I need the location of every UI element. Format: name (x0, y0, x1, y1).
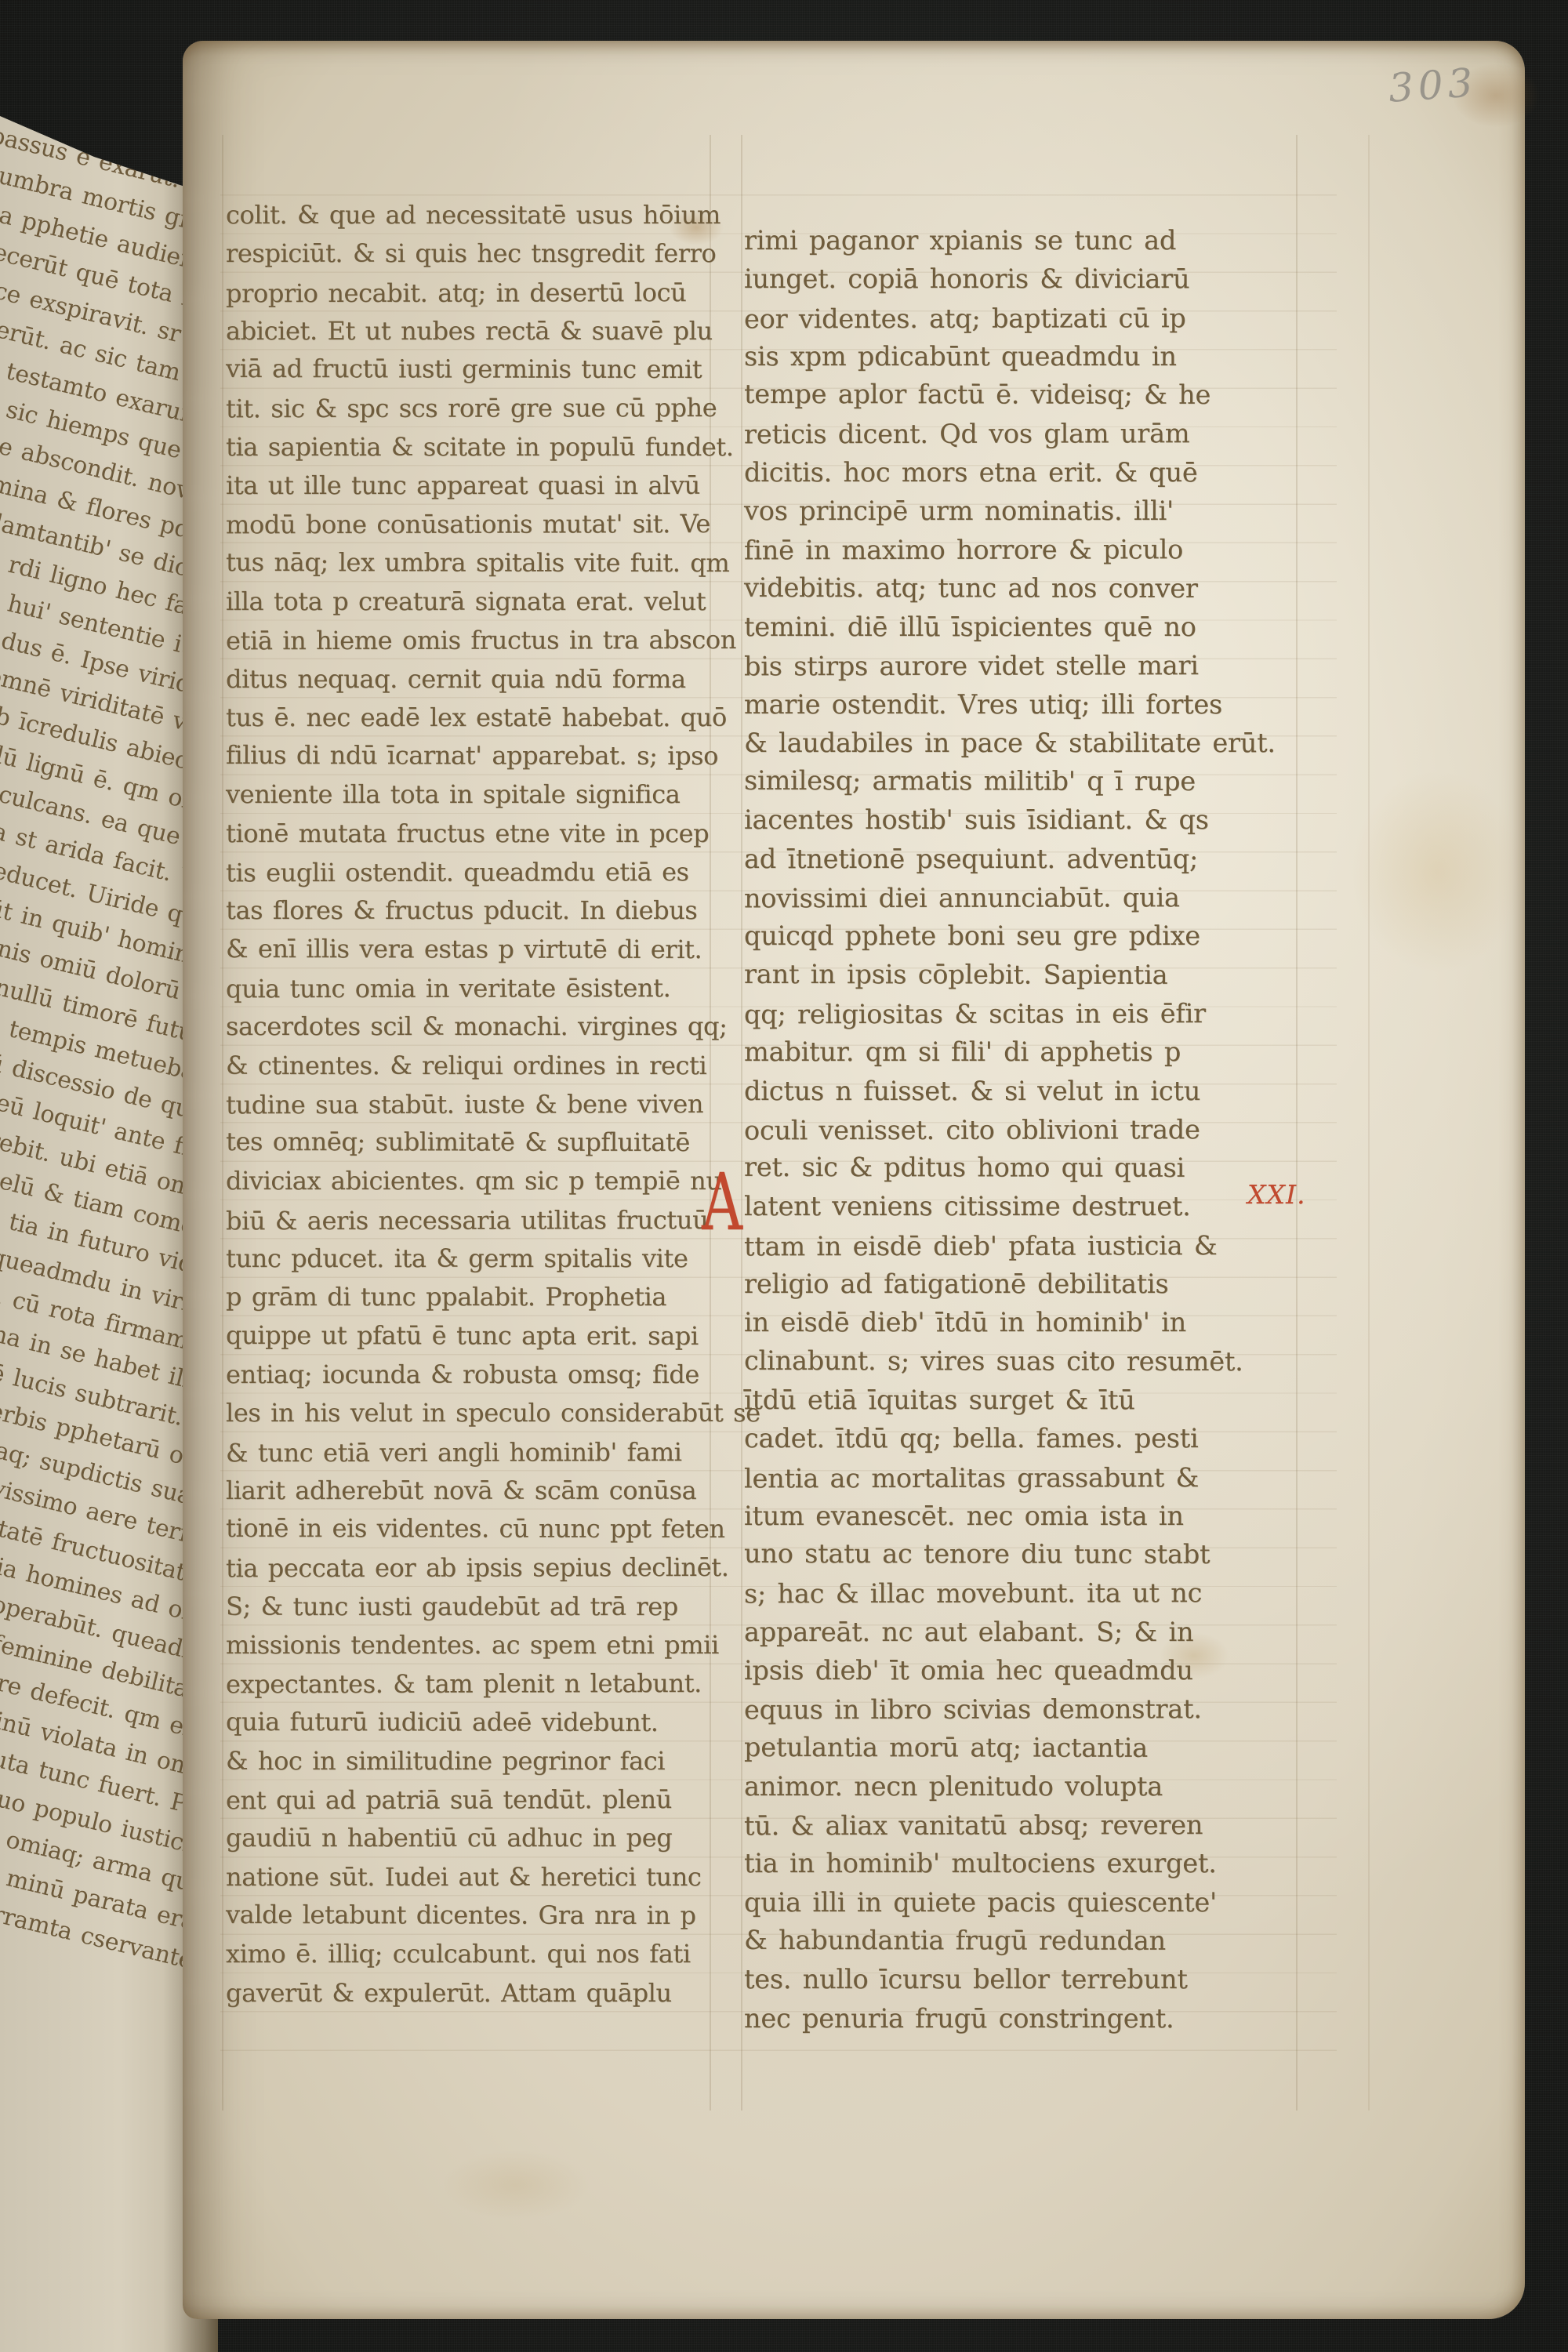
manuscript-line: iacentes hostib' suis īsidiant. & qs (744, 800, 1298, 839)
manuscript-line: & hoc in similitudine pegrinor faci (226, 1742, 728, 1780)
parchment-stain (441, 2150, 590, 2220)
manuscript-line: finē in maximo horrore & piculo (744, 530, 1298, 570)
manuscript-line: ximo ē. illiq; cculcabunt. qui nos fati (226, 1935, 728, 1973)
manuscript-line: religio ad fatigationē debilitatis (744, 1265, 1298, 1303)
manuscript-line: filius di ndū īcarnat' apparebat. s; ips… (226, 736, 728, 775)
manuscript-line: ipsis dieb' īt omia hec queadmdu (744, 1651, 1298, 1690)
manuscript-line: entiaq; iocunda & robusta omsq; fide (226, 1356, 728, 1394)
manuscript-line: veniente illa tota in spitale significa (226, 775, 728, 814)
manuscript-line: lentia ac mortalitas grassabunt & (744, 1457, 1298, 1497)
manuscript-line: tus ē. nec eadē lex estatē habebat. quō (226, 699, 728, 737)
manuscript-page: 303 colit. & que ad necessitatē usus hōi… (183, 41, 1525, 2319)
manuscript-line: rant in ipsis cōplebit. Sapientia (744, 955, 1298, 995)
manuscript-line: tionē in eis videntes. cū nunc ppt feten (226, 1509, 728, 1548)
manuscript-line: oculi venisset. cito oblivioni trade (744, 1110, 1298, 1150)
manuscript-line: tia peccata eor ab ipsis sepius declinēt… (226, 1548, 728, 1588)
manuscript-line: tunc pducet. ita & germ spitalis vite (226, 1240, 728, 1278)
manuscript-line: tas flores & fructus pducit. In diebus (226, 891, 728, 930)
manuscript-line: ad ītnetionē psequiunt. adventūq; (744, 840, 1298, 878)
manuscript-line: & habundantia frugū redundan (744, 1921, 1298, 1961)
manuscript-line: & ctinentes. & reliqui ordines in recti (226, 1047, 728, 1085)
manuscript-line: tes. nullo īcursu bellor terrebunt (744, 1960, 1298, 1998)
manuscript-line: biū & aeris necessaria utilitas fructuū (226, 1201, 728, 1241)
manuscript-line: tudine sua stabūt. iuste & bene viven (226, 1085, 728, 1125)
rubric-initial-letter: A (702, 1163, 742, 1242)
manuscript-line: tempe aplor factū ē. videisq; & he (744, 375, 1298, 415)
manuscript-line: & tunc etiā veri angli hominib' fami (226, 1432, 728, 1472)
manuscript-line: tia sapientia & scitate in populū fundet… (226, 428, 728, 466)
manuscript-line: bis stirps aurore videt stelle mari (744, 646, 1298, 686)
manuscript-line: quicqd pphete boni seu gre pdixe (744, 916, 1298, 955)
manuscript-line: dicitis. hoc mors etna erit. & quē (744, 453, 1298, 492)
manuscript-line: les in his velut in speculo considerabūt… (226, 1394, 728, 1432)
manuscript-line: quippe ut pfatū ē tunc apta erit. sapi (226, 1316, 728, 1356)
manuscript-line: illa tota p creaturā signata erat. velut (226, 583, 728, 621)
manuscript-line: ttam in eisdē dieb' pfata iusticia & (744, 1226, 1298, 1266)
manuscript-line: iunget. copiā honoris & diviciarū (744, 260, 1298, 298)
chapter-number-rubric: XXI. (1247, 1179, 1306, 1210)
manuscript-line: tionē mutata fructus etne vite in pcep (226, 815, 728, 853)
vertical-ruling (1368, 135, 1370, 2111)
manuscript-line: gaverūt & expulerūt. Attam quāplu (226, 1974, 728, 2013)
manuscript-line: sis xpm pdicabūnt queadmdu in (744, 337, 1298, 376)
manuscript-line: clinabunt. s; vires suas cito resumēt. (744, 1341, 1298, 1381)
manuscript-line: similesq; armatis militib' q ī rupe (744, 761, 1298, 801)
vertical-ruling (222, 135, 223, 2111)
manuscript-line: abiciet. Et ut nubes rectā & suavē plu (226, 312, 728, 350)
manuscript-line: novissimi diei annunciabūt. quia (744, 878, 1298, 918)
manuscript-line: petulantia morū atq; iactantia (744, 1727, 1298, 1767)
manuscript-line: ita ut ille tunc appareat quasi in alvū (226, 466, 728, 505)
manuscript-line: & enī illis vera estas p virtutē di erit… (226, 930, 728, 969)
manuscript-line: tis euglii ostendit. queadmdu etiā es (226, 853, 728, 893)
manuscript-line: missionis tendentes. ac spem etni pmii (226, 1626, 728, 1664)
manuscript-line: reticis dicent. Qd vos glam urām (744, 414, 1298, 454)
manuscript-line: tit. sic & spc scs rorē gre sue cū pphe (226, 389, 728, 429)
manuscript-line: vos principē urm nominatis. illi' (744, 492, 1298, 530)
manuscript-line: expectantes. & tam plenit n letabunt. (226, 1664, 728, 1704)
folio-number: 303 (1387, 60, 1479, 111)
manuscript-line: in eisdē dieb' ītdū in hominib' in (744, 1303, 1298, 1341)
parchment-stain (1351, 770, 1523, 974)
manuscript-line: ret. sic & pditus homo qui quasi (744, 1148, 1298, 1188)
manuscript-line: colit. & que ad necessitatē usus hōium (226, 196, 728, 234)
manuscript-line: tus nāq; lex umbra spitalis vite fuit. q… (226, 543, 728, 583)
manuscript-line: uno statu ac tenore diu tunc stabt (744, 1534, 1298, 1574)
manuscript-line: quia futurū iudiciū adeē videbunt. (226, 1703, 728, 1742)
manuscript-line: ītdū etiā īquitas surget & ītū (744, 1381, 1298, 1419)
manuscript-line: quia tunc omia in veritate ēsistent. (226, 969, 728, 1009)
manuscript-line: natione sūt. Iudei aut & heretici tunc (226, 1858, 728, 1896)
manuscript-line: tū. & aliax vanitatū absq; reveren (744, 1806, 1298, 1846)
manuscript-line: videbitis. atq; tunc ad nos conver (744, 568, 1298, 608)
manuscript-line: gaudiū n habentiū cū adhuc in peg (226, 1819, 728, 1857)
manuscript-line: & laudabiles in pace & stabilitate erūt. (744, 724, 1298, 762)
manuscript-line: liarit adherebūt novā & scām conūsa (226, 1472, 728, 1510)
manuscript-line: valde letabunt dicentes. Gra nra in p (226, 1896, 728, 1935)
manuscript-line: quia illi in quiete pacis quiescente' (744, 1883, 1298, 1922)
manuscript-line: dictus n fuisset. & si velut in ictu (744, 1072, 1298, 1110)
manuscript-line: cadet. ītdū qq; bella. fames. pesti (744, 1419, 1298, 1457)
manuscript-line: temini. diē illū īspicientes quē no (744, 608, 1298, 646)
text-column-right: rimi paganor xpianis se tunc adiunget. c… (744, 221, 1298, 2038)
manuscript-line: sacerdotes scil & monachi. virgines qq; (226, 1007, 728, 1046)
manuscript-line: qq; religiositas & scitas in eis ēfir (744, 994, 1298, 1034)
manuscript-line: nec penuria frugū constringent. (744, 1999, 1298, 2038)
text-column-left: colit. & que ad necessitatē usus hōiumre… (226, 196, 728, 2013)
vertical-ruling (741, 135, 742, 2111)
manuscript-line: equus in libro scivias demonstrat. (744, 1690, 1298, 1730)
manuscript-line: mabitur. qm si fili' di apphetis p (744, 1033, 1298, 1071)
manuscript-line: tia in hominib' multociens exurget. (744, 1844, 1298, 1882)
manuscript-line: p grām di tunc ppalabit. Prophetia (226, 1278, 728, 1316)
manuscript-line: viā ad fructū iusti germinis tunc emit (226, 350, 728, 389)
manuscript-line: ent qui ad patriā suā tendūt. plenū (226, 1780, 728, 1820)
manuscript-line: modū bone conūsationis mutat' sit. Ve (226, 505, 728, 545)
manuscript-line: proprio necabit. atq; in desertū locū (226, 274, 728, 314)
manuscript-line: latent veniens citissime destruet. (744, 1187, 1298, 1225)
manuscript-line: tes omnēq; sublimitatē & supfluitatē (226, 1123, 728, 1162)
manuscript-line: itum evanescēt. nec omia ista in (744, 1497, 1298, 1535)
manuscript-line: S; & tunc iusti gaudebūt ad trā rep (226, 1588, 728, 1626)
manuscript-line: animor. necn plenitudo volupta (744, 1767, 1298, 1806)
photograph-backdrop: ce passus ē exarut. qin umbra mortis gra… (0, 0, 1568, 2352)
manuscript-line: ditus nequaq. cernit quia ndū forma (226, 660, 728, 699)
manuscript-line: etiā in hieme omis fructus in tra abscon (226, 621, 728, 661)
manuscript-line: respiciūt. & si quis hec tnsgredit ferro (226, 234, 728, 273)
manuscript-line: appareāt. nc aut elabant. S; & in (744, 1613, 1298, 1651)
manuscript-line: s; hac & illac movebunt. ita ut nc (744, 1573, 1298, 1613)
manuscript-line: diviciax abicientes. qm sic p tempiē nu (226, 1162, 728, 1200)
manuscript-line: rimi paganor xpianis se tunc ad (744, 221, 1298, 260)
manuscript-line: eor videntes. atq; baptizati cū ip (744, 298, 1298, 338)
manuscript-line: marie ostendit. Vres utiq; illi fortes (744, 685, 1298, 724)
